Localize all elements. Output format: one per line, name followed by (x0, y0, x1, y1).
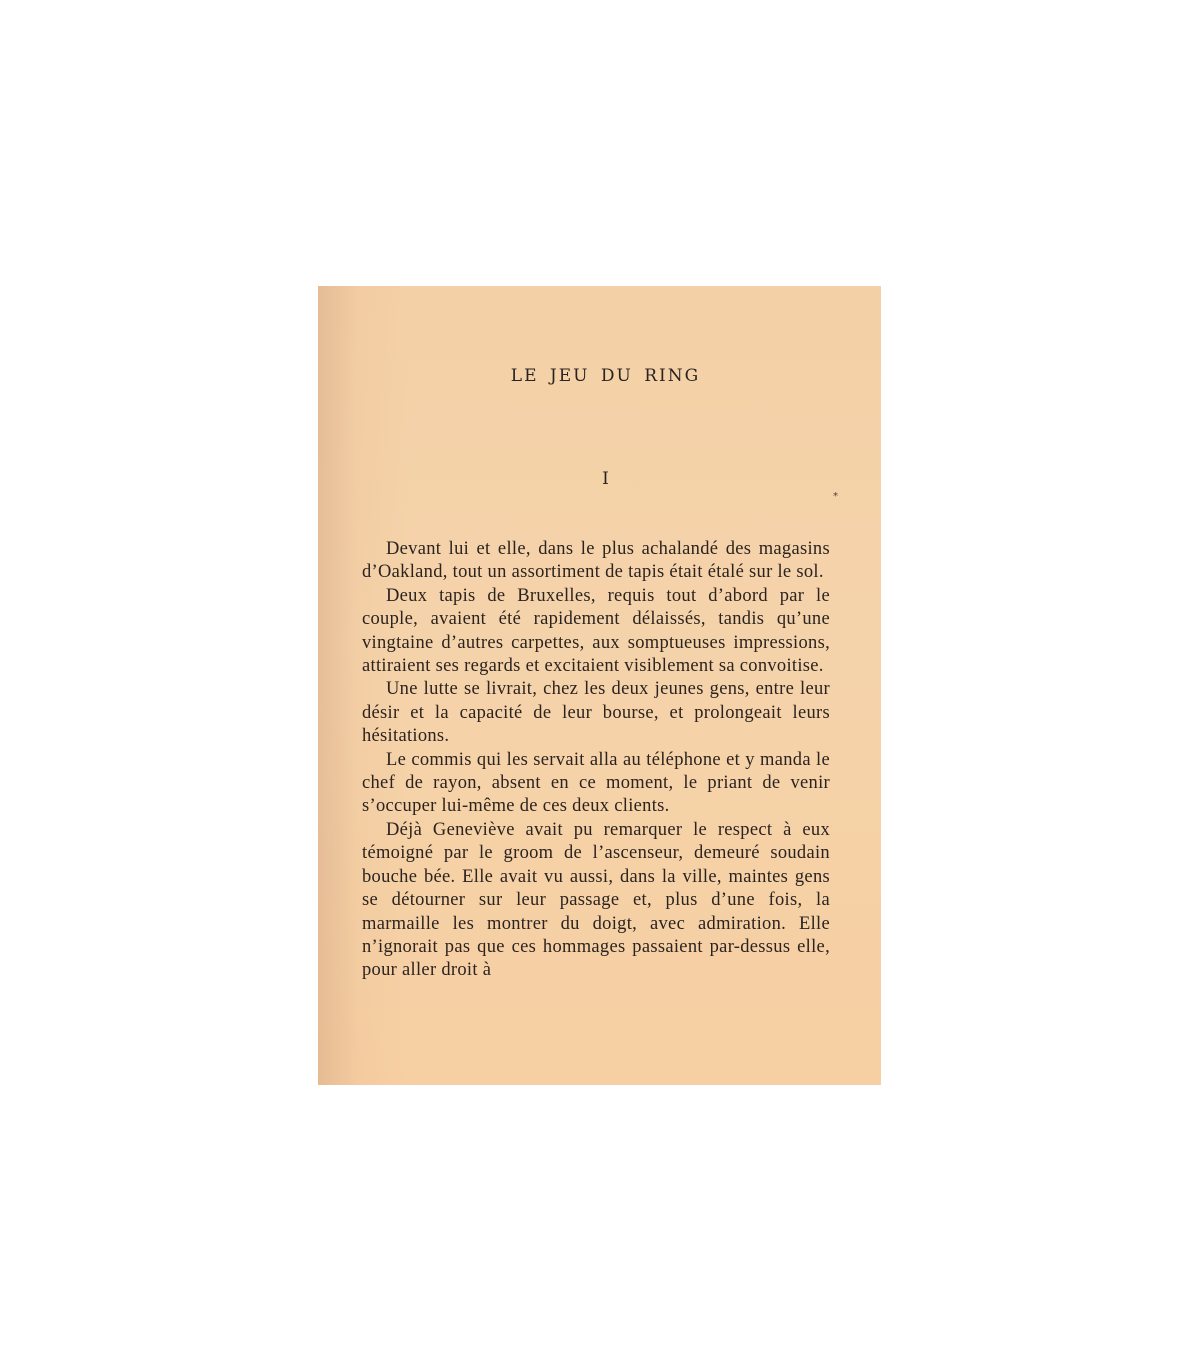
ink-speck-icon: * (833, 491, 838, 502)
chapter-number: I (318, 469, 881, 489)
paragraph: Le commis qui les servait alla au téléph… (362, 749, 830, 819)
body-text: Devant lui et elle, dans le plus achalan… (362, 538, 830, 983)
paragraph: Une lutte se livrait, chez les deux jeun… (362, 678, 830, 748)
paragraph: Deux tapis de Bruxelles, requis tout d’a… (362, 585, 830, 679)
page-title: LE JEU DU RING (318, 366, 881, 386)
paragraph: Devant lui et elle, dans le plus achalan… (362, 538, 830, 585)
book-page: LE JEU DU RING I * Devant lui et elle, d… (318, 286, 881, 1085)
paragraph: Déjà Geneviève avait pu remarquer le res… (362, 819, 830, 983)
